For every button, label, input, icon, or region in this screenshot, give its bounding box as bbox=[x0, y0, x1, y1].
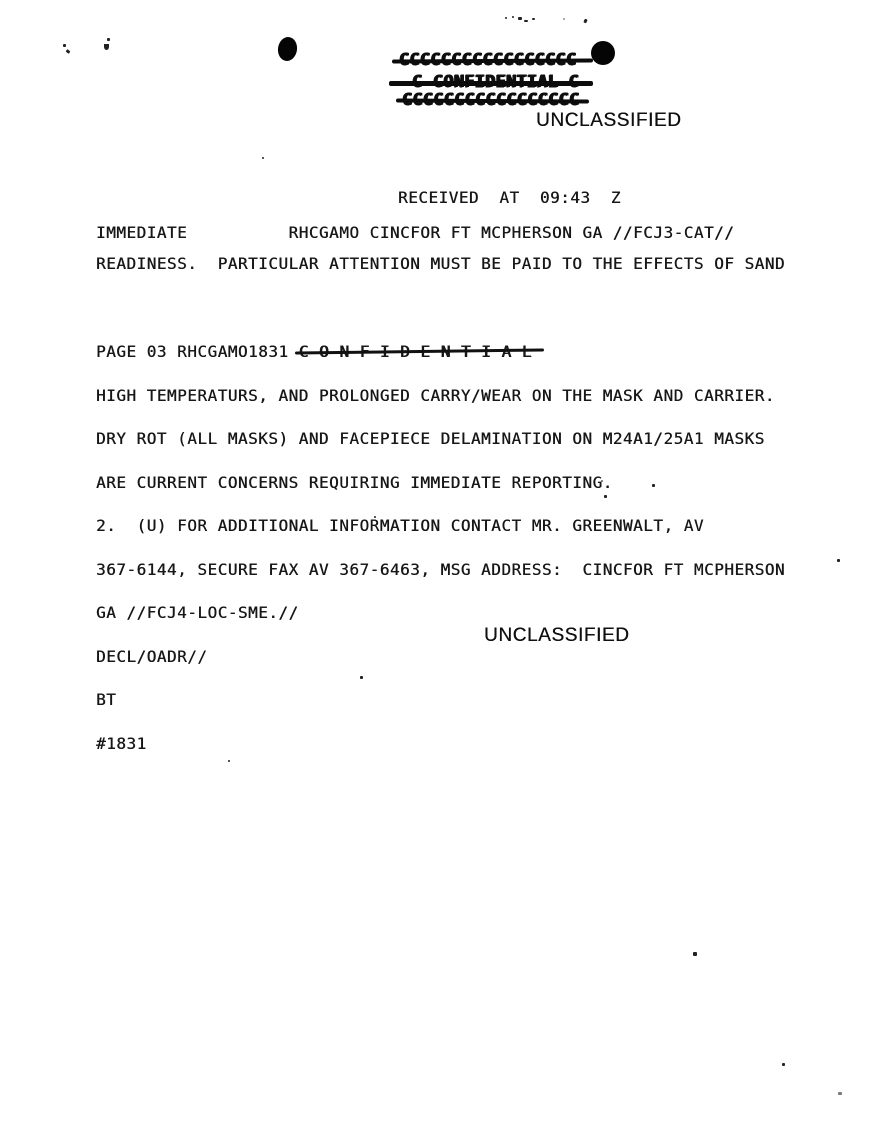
scan-speck bbox=[374, 516, 376, 518]
page-header-prefix: PAGE 03 RHCGAMO1831 bbox=[96, 342, 299, 361]
body-line: #1831 bbox=[96, 737, 785, 752]
page-header-line: PAGE 03 RHCGAMO1831 C O N F I D E N T I … bbox=[96, 345, 785, 360]
body-line: 2. (U) FOR ADDITIONAL INFORMATION CONTAC… bbox=[96, 519, 785, 534]
unclassified-stamp-bottom: UNCLASSIFIED bbox=[484, 625, 630, 647]
scan-speck bbox=[838, 1092, 842, 1095]
scan-speck bbox=[604, 495, 607, 498]
scanned-document-page: CCCCCCCCCCCCCCCCC C CONFIDENTIAL C CCCCC… bbox=[0, 0, 880, 1124]
scan-speck bbox=[228, 760, 230, 762]
body-line: BT bbox=[96, 693, 785, 708]
scan-speck bbox=[262, 157, 264, 159]
routing-precedence-line: IMMEDIATE RHCGAMO CINCFOR FT MCPHERSON G… bbox=[96, 223, 734, 242]
received-timestamp-line: RECEIVED AT 09:43 Z bbox=[398, 188, 621, 207]
scan-speck bbox=[583, 19, 587, 24]
scan-speck bbox=[693, 952, 697, 956]
body-line: DRY ROT (ALL MASKS) AND FACEPIECE DELAMI… bbox=[96, 432, 785, 447]
punch-dot-left bbox=[276, 36, 298, 62]
scan-speck bbox=[518, 17, 522, 20]
struck-confidential-marking: C O N F I D E N T I A L bbox=[299, 342, 532, 361]
body-line: DECL/OADR// bbox=[96, 650, 785, 665]
scan-speck bbox=[524, 20, 528, 22]
readiness-line: READINESS. PARTICULAR ATTENTION MUST BE … bbox=[96, 254, 785, 273]
classification-stamp-confidential: C CONFIDENTIAL C bbox=[412, 72, 579, 92]
scan-speck bbox=[63, 44, 66, 47]
scan-speck bbox=[601, 480, 603, 482]
scan-speck bbox=[563, 18, 565, 20]
scan-speck bbox=[652, 484, 655, 487]
body-line: GA //FCJ4-LOC-SME.// bbox=[96, 606, 785, 621]
scan-speck bbox=[360, 676, 363, 679]
scan-speck bbox=[532, 18, 535, 20]
scan-speck bbox=[66, 49, 71, 54]
classification-stamp-row-top: CCCCCCCCCCCCCCCCC bbox=[399, 50, 576, 70]
scan-speck bbox=[512, 16, 514, 18]
scan-speck bbox=[107, 38, 110, 41]
body-line: ARE CURRENT CONCERNS REQUIRING IMMEDIATE… bbox=[96, 476, 785, 491]
punch-dot-right bbox=[591, 41, 615, 65]
body-line: 367-6144, SECURE FAX AV 367-6463, MSG AD… bbox=[96, 563, 785, 578]
message-body: PAGE 03 RHCGAMO1831 C O N F I D E N T I … bbox=[96, 316, 785, 780]
unclassified-stamp-top: UNCLASSIFIED bbox=[536, 110, 682, 132]
scan-speck bbox=[837, 559, 840, 562]
classification-stamp-row-bottom: CCCCCCCCCCCCCCCCC bbox=[402, 90, 579, 110]
scan-speck bbox=[104, 44, 109, 50]
scan-speck bbox=[782, 1063, 785, 1066]
body-line: HIGH TEMPERATURS, AND PROLONGED CARRY/WE… bbox=[96, 389, 785, 404]
scan-speck bbox=[505, 17, 507, 19]
